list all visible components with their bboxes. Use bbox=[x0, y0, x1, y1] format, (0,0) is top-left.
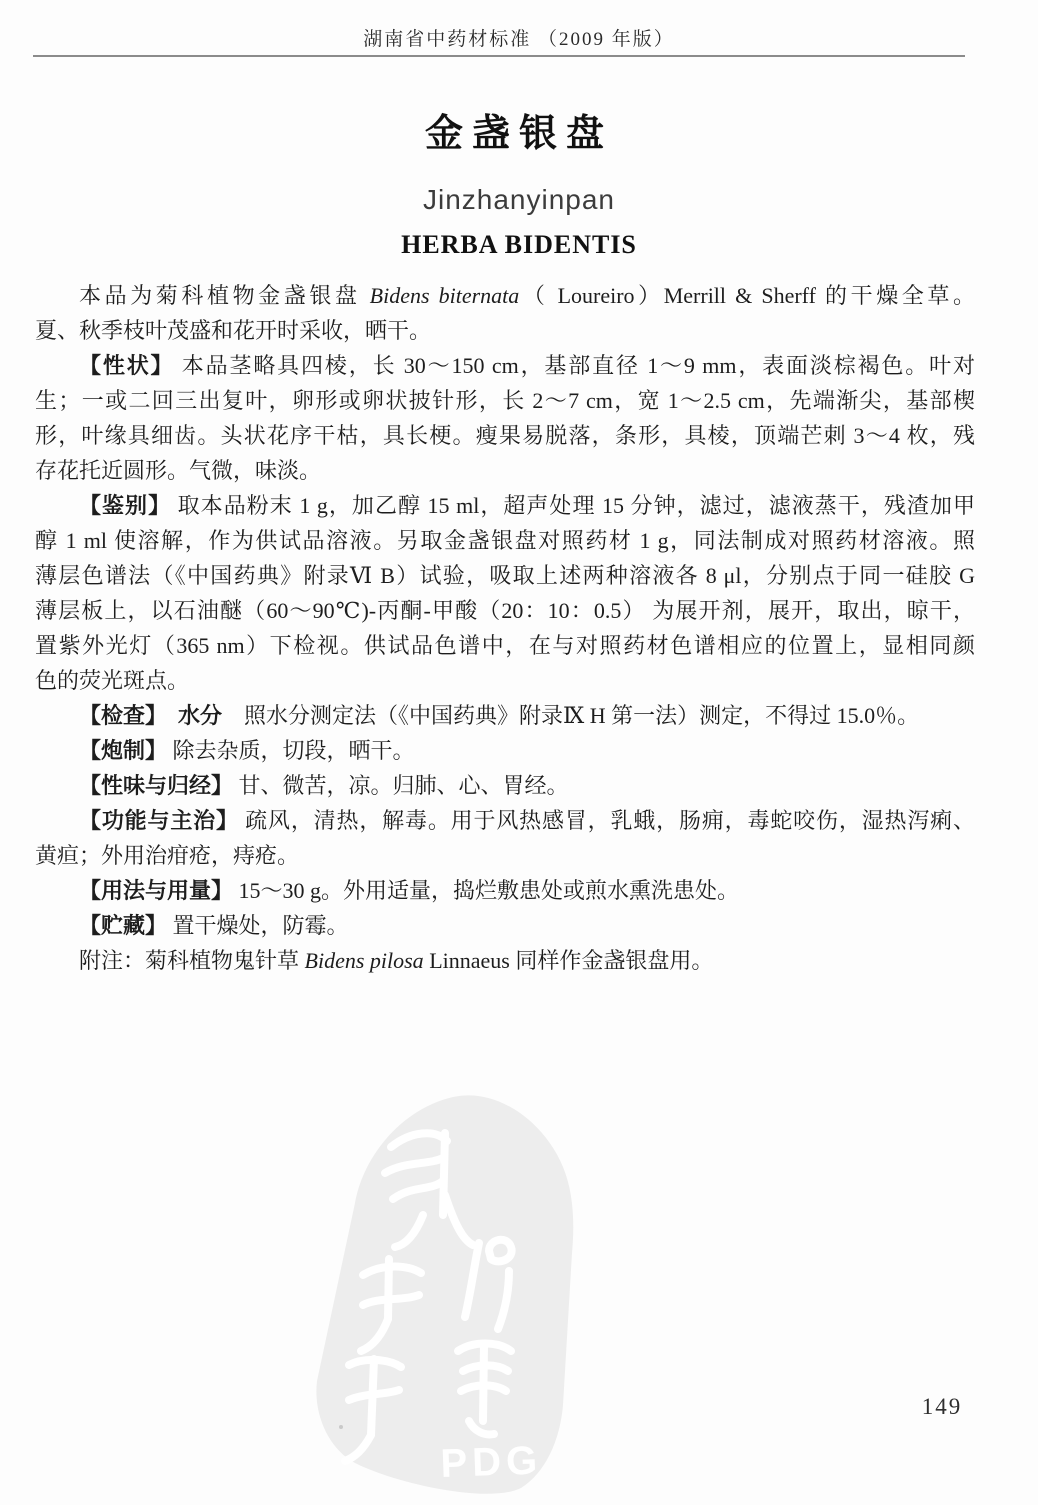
text-line: 薄层板上，以石油醚（60～90℃)-丙酮-甲酸（20：10：0.5） 为展开剂，… bbox=[35, 593, 975, 628]
monograph-title-pinyin: Jinzhanyinpan bbox=[0, 184, 1038, 216]
text-segment: 存花托近圆形。气微，味淡。 bbox=[35, 458, 321, 483]
text-line: 【性状】 本品茎略具四棱，长 30～150 cm，基部直径 1～9 mm，表面淡… bbox=[35, 348, 975, 383]
text-line: 色的荧光斑点。 bbox=[35, 663, 975, 698]
text-line: 【检查】 水分 照水分测定法（《中国药典》附录Ⅸ H 第一法）测定，不得过 15… bbox=[35, 698, 975, 733]
text-line: 本品为菊科植物金盏银盘 Bidens biternata（ Loureiro）M… bbox=[35, 278, 975, 313]
section-label: 水分 bbox=[178, 703, 222, 728]
text-segment: 夏、秋季枝叶茂盛和花开时采收，晒干。 bbox=[35, 318, 431, 343]
section-label: 【用法与用量】 bbox=[79, 878, 233, 903]
text-line: 【用法与用量】 15～30 g。外用适量，捣烂敷患处或煎水熏洗患处。 bbox=[35, 873, 975, 908]
text-segment: 附注：菊科植物鬼针草 bbox=[79, 948, 305, 973]
section-label: 【性状】 bbox=[79, 353, 174, 378]
body-text: 本品为菊科植物金盏银盘 Bidens biternata（ Loureiro）M… bbox=[35, 278, 975, 978]
text-line: 置紫外光灯（365 nm）下检视。供试品色谱中，在与对照药材色谱相应的位置上，显… bbox=[35, 628, 975, 663]
header-divider bbox=[33, 55, 965, 57]
watermark-blob bbox=[316, 1095, 573, 1493]
section-label: 【鉴别】 bbox=[79, 493, 171, 518]
text-segment: 疏风，清热，解毒。用于风热感冒，乳蛾，肠痈，毒蛇咬伤，湿热泻痢、 bbox=[239, 808, 975, 833]
text-segment: 置干燥处，防霉。 bbox=[167, 913, 349, 938]
monograph-title-latin: HERBA BIDENTIS bbox=[0, 230, 1038, 260]
text-segment: 形，叶缘具细齿。头状花序干枯，具长梗。瘦果易脱落，条形，具棱，顶端芒刺 3～4 … bbox=[35, 423, 975, 448]
text-segment: 本品茎略具四棱，长 30～150 cm，基部直径 1～9 mm，表面淡棕褐色。叶… bbox=[174, 353, 975, 378]
text-segment: 本品为菊科植物金盏银盘 bbox=[79, 283, 370, 308]
text-segment bbox=[156, 703, 178, 728]
monograph-title-chinese: 金盏银盘 bbox=[0, 102, 1038, 157]
text-line: 【鉴别】 取本品粉末 1 g，加乙醇 15 ml，超声处理 15 分钟，滤过，滤… bbox=[35, 488, 975, 523]
text-line: 醇 1 ml 使溶解，作为供试品溶液。另取金盏银盘对照药材 1 g，同法制成对照… bbox=[35, 523, 975, 558]
text-line: 生；一或二回三出复叶，卵形或卵状披针形，长 2～7 cm，宽 1～2.5 cm，… bbox=[35, 383, 975, 418]
text-segment: 甘、微苦，凉。归肺、心、胃经。 bbox=[233, 773, 569, 798]
page-header: 湖南省中药材标准 （2009 年版） bbox=[0, 24, 1038, 51]
text-segment: 黄疸；外用治疳疮，痔疮。 bbox=[35, 843, 299, 868]
text-segment: 照水分测定法（《中国药典》附录Ⅸ H 第一法）测定，不得过 15.0％。 bbox=[222, 703, 919, 728]
text-line: 夏、秋季枝叶茂盛和花开时采收，晒干。 bbox=[35, 313, 975, 348]
text-segment: 薄层板上，以石油醚（60～90℃)-丙酮-甲酸（20：10：0.5） 为展开剂，… bbox=[35, 598, 975, 623]
text-segment: 取本品粉末 1 g，加乙醇 15 ml，超声处理 15 分钟，滤过，滤液蒸干，残… bbox=[171, 493, 975, 518]
text-segment: 色的荧光斑点。 bbox=[35, 668, 189, 693]
watermark-seal: PDG bbox=[293, 1075, 593, 1505]
text-segment: Bidens biternata bbox=[370, 283, 520, 308]
text-line: 薄层色谱法（《中国药典》附录Ⅵ B）试验，吸取上述两种溶液各 8 μl，分别点于… bbox=[35, 558, 975, 593]
text-segment: Bidens pilosa bbox=[305, 948, 424, 973]
section-label: 【性味与归经】 bbox=[79, 773, 233, 798]
text-line: 【炮制】 除去杂质，切段，晒干。 bbox=[35, 733, 975, 768]
text-line: 附注：菊科植物鬼针草 Bidens pilosa Linnaeus 同样作金盏银… bbox=[35, 943, 975, 978]
text-segment: 生；一或二回三出复叶，卵形或卵状披针形，长 2～7 cm，宽 1～2.5 cm，… bbox=[35, 388, 975, 413]
pdg-watermark-text: PDG bbox=[440, 1438, 543, 1486]
watermark-seal-script-glyphs bbox=[345, 1133, 512, 1461]
text-line: 【功能与主治】 疏风，清热，解毒。用于风热感冒，乳蛾，肠痈，毒蛇咬伤，湿热泻痢、 bbox=[35, 803, 975, 838]
text-line: 存花托近圆形。气微，味淡。 bbox=[35, 453, 975, 488]
text-segment: 置紫外光灯（365 nm）下检视。供试品色谱中，在与对照药材色谱相应的位置上，显… bbox=[35, 633, 975, 658]
text-segment: Linnaeus 同样作金盏银盘用。 bbox=[424, 948, 714, 973]
section-label: 【检查】 bbox=[79, 703, 156, 728]
text-line: 形，叶缘具细齿。头状花序干枯，具长梗。瘦果易脱落，条形，具棱，顶端芒刺 3～4 … bbox=[35, 418, 975, 453]
text-line: 【贮藏】 置干燥处，防霉。 bbox=[35, 908, 975, 943]
text-segment: 15～30 g。外用适量，捣烂敷患处或煎水熏洗患处。 bbox=[233, 878, 739, 903]
scan-speck bbox=[339, 1425, 343, 1429]
section-label: 【贮藏】 bbox=[79, 913, 167, 938]
section-label: 【功能与主治】 bbox=[79, 808, 239, 833]
text-line: 【性味与归经】 甘、微苦，凉。归肺、心、胃经。 bbox=[35, 768, 975, 803]
text-segment: 醇 1 ml 使溶解，作为供试品溶液。另取金盏银盘对照药材 1 g，同法制成对照… bbox=[35, 528, 975, 553]
section-label: 【炮制】 bbox=[79, 738, 167, 763]
text-segment: 除去杂质，切段，晒干。 bbox=[167, 738, 415, 763]
text-segment: （ Loureiro）Merrill & Sherff 的干燥全草。 bbox=[519, 283, 975, 308]
scanned-document-page: 湖南省中药材标准 （2009 年版） 金盏银盘 Jinzhanyinpan HE… bbox=[0, 0, 1038, 1505]
page-number: 149 bbox=[912, 1394, 972, 1420]
text-segment: 薄层色谱法（《中国药典》附录Ⅵ B）试验，吸取上述两种溶液各 8 μl，分别点于… bbox=[35, 563, 975, 588]
text-line: 黄疸；外用治疳疮，痔疮。 bbox=[35, 838, 975, 873]
